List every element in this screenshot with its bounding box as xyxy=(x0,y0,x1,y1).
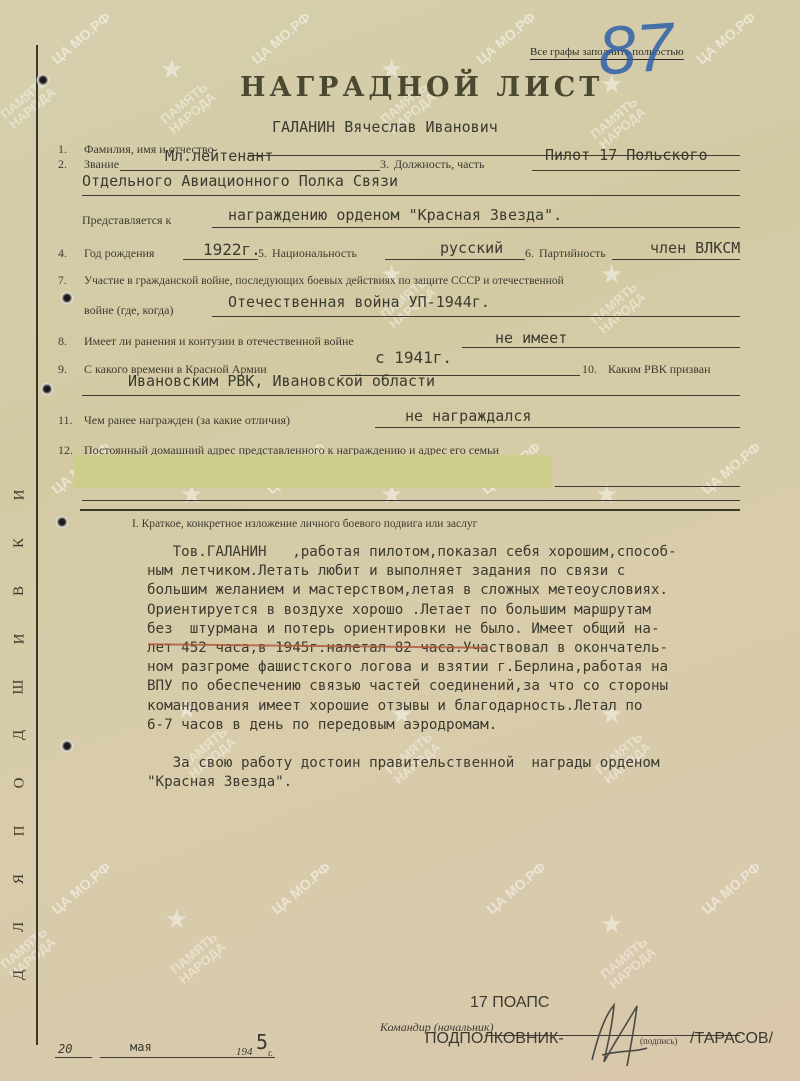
watermark-site: ЦА МО.РФ xyxy=(48,9,113,67)
section-heading: I. Краткое, конкретное изложение личного… xyxy=(132,518,477,530)
address-redacted-block xyxy=(74,455,552,488)
draft-office-value: Ивановским РВК, Ивановской области xyxy=(128,372,435,390)
field-3-label: 3.Должность, часть xyxy=(380,157,484,172)
watermark-site: ЦА МО.РФ xyxy=(473,9,538,67)
binding-margin-line xyxy=(36,45,38,1045)
punch-hole xyxy=(36,74,50,86)
watermark-project: ПАМЯТЬНАРОДА xyxy=(0,75,58,131)
field-line xyxy=(555,486,740,487)
field-line xyxy=(183,259,258,260)
position-value-cont: Отдельного Авиационного Полка Связи xyxy=(82,172,398,190)
field-line xyxy=(385,259,525,260)
page-title: НАГРАДНОЙ ЛИСТ xyxy=(240,72,603,103)
watermark-site: ЦА МО.РФ xyxy=(48,859,113,917)
field-line xyxy=(212,227,740,228)
punch-hole xyxy=(60,740,74,752)
field-5-label: 5.Национальность xyxy=(258,246,357,261)
signature-scribble xyxy=(582,1000,652,1070)
field-line xyxy=(82,195,740,196)
star-icon: ★ xyxy=(595,480,618,510)
army-since-value: с 1941г. xyxy=(375,348,452,367)
field-line xyxy=(462,347,740,348)
field-line xyxy=(120,170,380,171)
field-line xyxy=(212,316,740,317)
field-6-label: 6.Партийность xyxy=(525,246,606,261)
watermark-site: ЦА МО.РФ xyxy=(483,859,548,917)
rank-value: Мл.лейтенант xyxy=(165,147,273,165)
commander-rank: ПОДПОЛКОВНИК- xyxy=(425,1030,564,1048)
unit-name: 17 ПОАПС xyxy=(470,994,549,1012)
watermark-project: ПАМЯТЬНАРОДА xyxy=(588,95,648,151)
field-11-label: 11.Чем ранее награжден (за какие отличия… xyxy=(58,413,290,428)
star-icon: ★ xyxy=(600,260,623,290)
nationality-value: русский xyxy=(440,239,503,257)
presented-value: награждению орденом "Красная Звезда". xyxy=(228,206,562,224)
birth-year-value: 1922г. xyxy=(203,240,261,259)
archive-pencil-mark: 87 xyxy=(595,7,676,90)
field-4-label: 4.Год рождения xyxy=(58,246,154,261)
field-line xyxy=(375,427,740,428)
field-8-label: 8.Имеет ли ранения и контузии в отечеств… xyxy=(58,334,354,349)
watermark-project: ПАМЯТЬНАРОДА xyxy=(598,935,658,991)
field-line xyxy=(612,259,740,260)
star-icon: ★ xyxy=(600,910,623,940)
date-day: 20 xyxy=(58,1042,72,1057)
previous-awards-value: не награждался xyxy=(405,407,531,425)
punch-hole xyxy=(55,516,69,528)
watermark-project: ПАМЯТЬНАРОДА xyxy=(168,930,228,986)
field-7-label-cont: войне (где, когда) xyxy=(84,303,173,318)
punch-hole xyxy=(60,292,74,304)
field-line xyxy=(55,1057,92,1058)
field-10-label: 10.Каким РВК призван xyxy=(582,362,711,377)
star-icon: ★ xyxy=(165,905,188,935)
watermark-site: ЦА МО.РФ xyxy=(698,439,763,497)
commander-name: /ТАРАСОВ/ xyxy=(690,1030,773,1048)
presented-label: Представляется к xyxy=(82,213,171,228)
war-participation-value: Отечественная война УП-1944г. xyxy=(228,293,490,311)
field-line xyxy=(532,170,740,171)
star-icon: ★ xyxy=(160,55,183,85)
watermark-site: ЦА МО.РФ xyxy=(693,9,758,67)
field-7-label: 7.Участие в гражданской войне, последующ… xyxy=(58,275,564,287)
section-divider xyxy=(80,509,740,511)
position-value: Пилот 17 Польского xyxy=(545,146,708,164)
full-name-value: ГАЛАНИН Вячеслав Иванович xyxy=(272,118,498,136)
watermark-site: ЦА МО.РФ xyxy=(698,859,763,917)
date-month: мая xyxy=(130,1040,152,1054)
date-year-mark: г. xyxy=(268,1048,273,1058)
date-year-prefix: 194 xyxy=(236,1046,253,1058)
watermark-project: ПАМЯТЬНАРОДА xyxy=(588,280,648,336)
merit-description: Тов.ГАЛАНИН ,работая пилотом,показал себ… xyxy=(147,543,787,793)
field-line xyxy=(82,500,740,501)
punch-hole xyxy=(40,383,54,395)
wounds-value: не имеет xyxy=(495,329,567,347)
field-line xyxy=(82,395,740,396)
binding-margin-label: ДЛЯ ПОД ШИВ КИ xyxy=(10,290,28,990)
field-2-label: 2.Звание xyxy=(58,157,119,172)
party-value: член ВЛКСМ xyxy=(650,239,740,257)
award-sheet: ЦА МО.РФ ЦА МО.РФ ЦА МО.РФ ЦА МО.РФ ЦА М… xyxy=(0,0,800,1081)
date-year-suffix: 5 xyxy=(256,1030,268,1054)
watermark-site: ЦА МО.РФ xyxy=(268,859,333,917)
watermark-site: ЦА МО.РФ xyxy=(248,9,313,67)
watermark-project: ПАМЯТЬНАРОДА xyxy=(158,80,218,136)
